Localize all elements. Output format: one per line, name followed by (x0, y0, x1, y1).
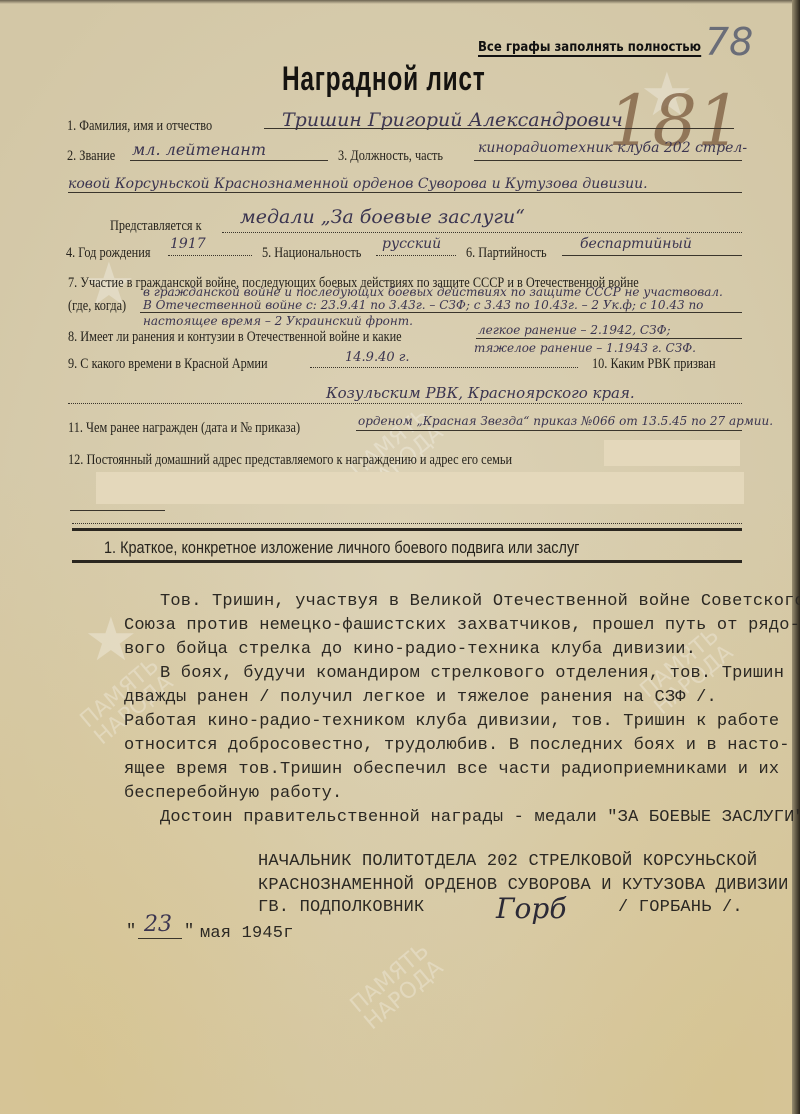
field-7-label-line2: (где, когда) (68, 298, 126, 315)
field-3-line (474, 160, 742, 161)
paragraph-line: дважды ранен / получил легкое и тяжелое … (124, 688, 717, 707)
paragraph-line: Достоин правительственной награды - меда… (160, 808, 800, 827)
field-4-value: 1917 (170, 236, 206, 252)
field-2-label: 2. Звание (67, 148, 115, 165)
field-1-label: 1. Фамилия, имя и отчество (67, 118, 212, 135)
date-day-line (138, 938, 182, 939)
field-2-value: мл. лейтенант (132, 140, 266, 159)
signer-name: / ГОРБАНЬ /. (618, 898, 743, 917)
nominated-value: медали „За боевые заслуги“ (240, 206, 525, 228)
field-7-line (140, 312, 742, 313)
divider-thick (72, 528, 742, 531)
redacted-address-2 (96, 472, 744, 504)
paragraph-line: бесперебойную работу. (124, 784, 342, 803)
paragraph-line: вого бойца стрелка до кино-радио-техника… (124, 640, 696, 659)
field-11-value: орденом „Красная Звезда“ приказ №066 от … (358, 414, 773, 428)
field-6-value: беспартийный (580, 236, 692, 252)
paragraph-line: Союза против немецко-фашистских захватчи… (124, 616, 800, 635)
field-12-label: 12. Постоянный домашний адрес представля… (68, 452, 512, 469)
paragraph-line: Тов. Тришин, участвуя в Великой Отечеств… (160, 592, 800, 611)
paper-edge-top (0, 0, 800, 4)
field-3-value-line1: кинорадиотехник клуба 202 стрел- (478, 140, 747, 156)
field-9-value: 14.9.40 г. (345, 350, 409, 365)
watermark: ПАМЯТЬНАРОДА (347, 940, 448, 1034)
paper-edge-right (792, 0, 800, 1114)
field-6-label: 6. Партийность (466, 245, 547, 262)
field-9-label: 9. С какого времени в Красной Армии (68, 356, 268, 373)
section-title: 1. Краткое, конкретное изложение личного… (104, 538, 579, 558)
signature-scribble: Горб (496, 892, 566, 925)
date-day: 23 (144, 912, 172, 937)
field-9-line (310, 367, 578, 368)
field-8-value-line2: тяжелое ранение – 1.1943 г. СЗФ. (474, 341, 696, 355)
field-11-line (356, 430, 742, 431)
pencil-archive-number: 78 (705, 20, 753, 64)
field-6-line (562, 255, 742, 256)
field-4-label: 4. Год рождения (66, 245, 150, 262)
field-11-label: 11. Чем ранее награжден (дата и № приказ… (68, 420, 300, 437)
paragraph-line: Работая кино-радио-техником клуба дивизи… (124, 712, 779, 731)
field-10-value: Козульским РВК, Красноярского края. (326, 384, 635, 402)
signer-rank: ГВ. ПОДПОЛКОВНИК (258, 898, 424, 917)
field-8-value-line1: легкое ранение – 2.1942, СЗФ; (478, 323, 671, 337)
field-3-line2 (68, 192, 742, 193)
nominated-line (222, 232, 742, 233)
field-7-value-line1: В Отечественной войне с: 23.9.41 по 3.43… (143, 298, 703, 312)
redacted-address-1 (604, 440, 740, 466)
paragraph-line: ящее время тов.Тришин обеспечил все част… (124, 760, 779, 779)
field-3-value-line2: ковой Корсуньской Краснознаменной ордено… (68, 176, 648, 192)
nominated-label: Представляется к (110, 218, 202, 235)
instruction-note: Все графы заполнять полностью (478, 40, 701, 57)
field-8-line (476, 338, 742, 339)
field-5-line (376, 255, 456, 256)
field-8-label: 8. Имеет ли ранения и контузии в Отечест… (68, 329, 402, 346)
field-7-value-line0: в гражданской войне и последующих боевых… (143, 285, 723, 299)
divider-thick-bottom (72, 560, 742, 563)
field-2-line (130, 160, 328, 161)
field-7-value-line2: настоящее время – 2 Украинский фронт. (143, 314, 413, 328)
field-10-line (68, 403, 742, 404)
field-10-label: 10. Каким РВК призван (592, 356, 716, 373)
date-quote-close: " (184, 922, 194, 941)
field-12-line (70, 510, 165, 511)
field-1-line (264, 128, 734, 129)
paragraph-line: В боях, будучи командиром стрелкового от… (160, 664, 784, 683)
date-month-year: мая 1945г (200, 924, 294, 943)
field-5-value: русский (382, 236, 441, 252)
date-quote-open: " (126, 922, 136, 941)
field-4-line (168, 255, 252, 256)
field-5-label: 5. Национальность (262, 245, 361, 262)
signer-position-line1: НАЧАЛЬНИК ПОЛИТОТДЕЛА 202 СТРЕЛКОВОЙ КОР… (258, 852, 757, 871)
page-title: Наградной лист (282, 60, 485, 99)
paragraph-line: относится добросовестно, трудолюбив. В п… (124, 736, 790, 755)
divider-dotted (72, 523, 742, 524)
field-3-label: 3. Должность, часть (338, 148, 443, 165)
